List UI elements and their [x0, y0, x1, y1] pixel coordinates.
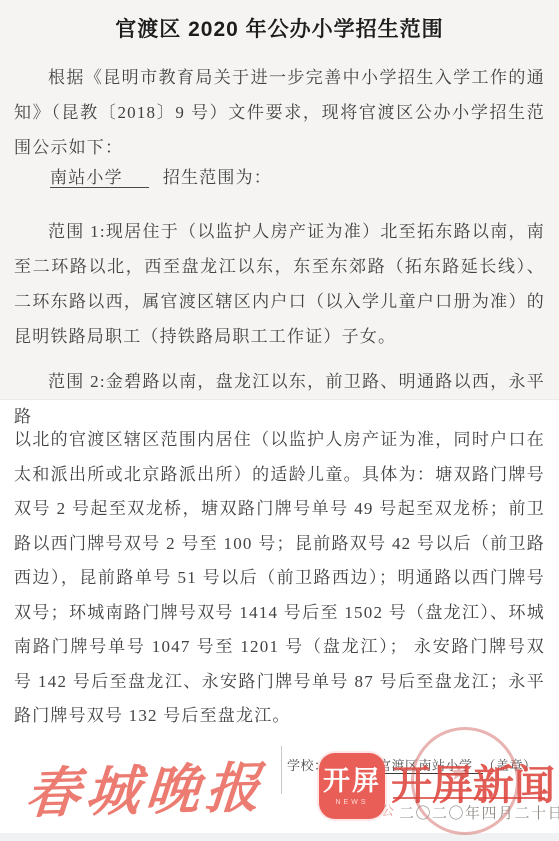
- kaiping-news-app-icon: 开屏 NEWS: [319, 753, 385, 819]
- app-icon-news-label: NEWS: [336, 799, 369, 806]
- school-heading-suffix: 招生范围为：: [163, 168, 272, 187]
- range1-paragraph: 范围 1:现居住于（以监护人房产证为准）北至拓东路以南，南至二环路以北，西至盘龙…: [14, 214, 545, 354]
- seal-star-icon: ★: [449, 760, 469, 786]
- app-icon-characters: 开屏: [323, 766, 381, 796]
- school-heading-line: 南站小学招生范围为：: [14, 160, 559, 195]
- footer-divider: [281, 746, 282, 794]
- chuncheng-evening-news-logo: 春城晚报: [23, 745, 279, 829]
- page-bottom-edge: [0, 833, 559, 841]
- range2-continuation: 以北的官渡区辖区范围内居住（以监护人房产证为准，同时户口在太和派出所或北京路派出…: [14, 423, 545, 734]
- document-title: 官渡区 2020 年公办小学招生范围: [0, 13, 559, 43]
- seal-arc-character: 公: [381, 800, 394, 819]
- school-name-underlined: 南站小学: [50, 168, 149, 188]
- document-date: 二〇二〇年四月二十日: [399, 802, 559, 823]
- intro-paragraph: 根据《昆明市教育局关于进一步完善中小学招生入学工作的通知》（昆教〔2018〕9 …: [14, 60, 545, 165]
